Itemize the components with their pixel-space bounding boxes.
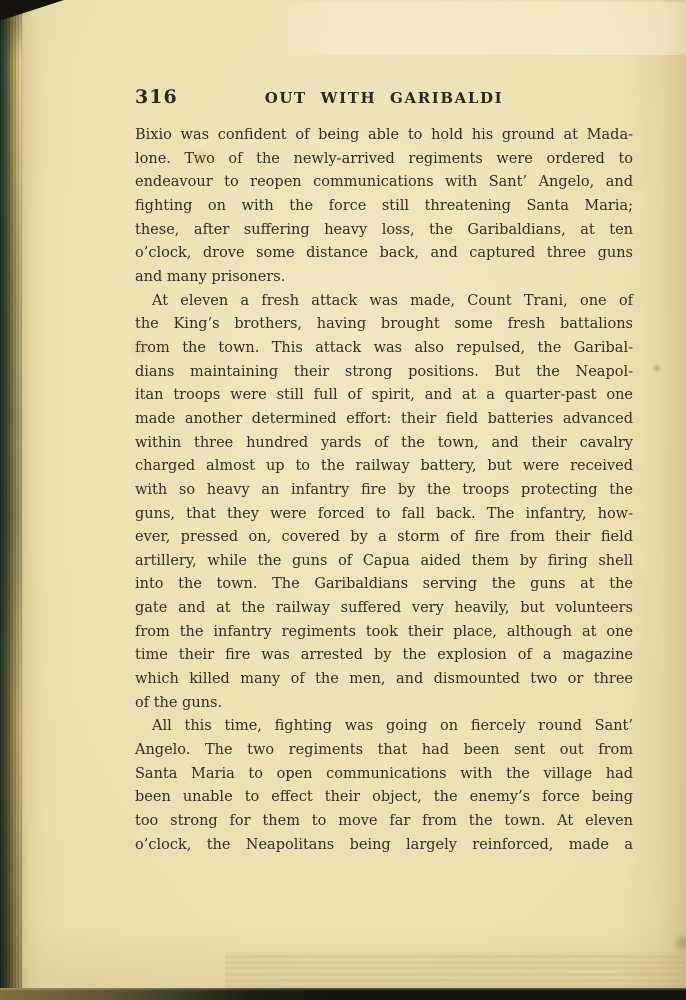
text-line: and many prisoners. xyxy=(135,266,633,290)
text-line: the King’s brothers, having brought some… xyxy=(135,313,633,337)
text-line: At eleven a fresh attack was made, Count… xyxy=(135,290,633,314)
text-line: All this time, fighting was going on fie… xyxy=(135,715,633,739)
text-line: within three hundred yards of the town, … xyxy=(135,432,633,456)
text-line: endeavour to reopen communications with … xyxy=(135,171,633,195)
text-line: Angelo. The two regiments that had been … xyxy=(135,739,633,763)
text-line: gate and at the railway suffered very he… xyxy=(135,597,633,621)
stain-mark xyxy=(652,364,662,373)
stain-mark xyxy=(672,933,686,953)
book-page-edges-left xyxy=(0,0,22,1000)
book-page-scan: 316 OUT WITH GARIBALDI Bixio was confide… xyxy=(0,0,686,1000)
text-line: these, after suffering heavy loss, the G… xyxy=(135,219,633,243)
text-line: o’clock, the Neapolitans being largely r… xyxy=(135,834,633,858)
text-line: made another determined effort: their fi… xyxy=(135,408,633,432)
text-line: fighting on with the force still threate… xyxy=(135,195,633,219)
text-line: guns, that they were forced to fall back… xyxy=(135,503,633,527)
text-line: itan troops were still full of spirit, a… xyxy=(135,384,633,408)
text-line: too strong for them to move far from the… xyxy=(135,810,633,834)
text-line: o’clock, drove some distance back, and c… xyxy=(135,242,633,266)
text-line: Bixio was confident of being able to hol… xyxy=(135,124,633,148)
text-line: of the guns. xyxy=(135,692,633,716)
text-line: with so heavy an infantry fire by the tr… xyxy=(135,479,633,503)
text-line: into the town. The Garibaldians serving … xyxy=(135,573,633,597)
text-line: from the infantry regiments took their p… xyxy=(135,621,633,645)
text-line: lone. Two of the newly-arrived regiments… xyxy=(135,148,633,172)
text-line: from the town. This attack was also repu… xyxy=(135,337,633,361)
bottom-shading-band xyxy=(225,952,686,988)
text-line: which killed many of the men, and dismou… xyxy=(135,668,633,692)
page-text: Bixio was confident of being able to hol… xyxy=(135,124,633,857)
text-line: time their fire was arrested by the expl… xyxy=(135,644,633,668)
bottom-dark-strip xyxy=(0,988,686,1000)
text-line: ever, pressed on, covered by a storm of … xyxy=(135,526,633,550)
text-line: artillery, while the guns of Capua aided… xyxy=(135,550,633,574)
text-line: been unable to effect their object, the … xyxy=(135,786,633,810)
text-line: dians maintaining their strong positions… xyxy=(135,361,633,385)
light-exposure-band xyxy=(265,2,686,55)
running-title: OUT WITH GARIBALDI xyxy=(135,89,633,107)
page-header: 316 OUT WITH GARIBALDI xyxy=(135,86,633,110)
paper-page: 316 OUT WITH GARIBALDI Bixio was confide… xyxy=(20,0,686,1000)
text-line: charged almost up to the railway battery… xyxy=(135,455,633,479)
text-line: Santa Maria to open communications with … xyxy=(135,763,633,787)
